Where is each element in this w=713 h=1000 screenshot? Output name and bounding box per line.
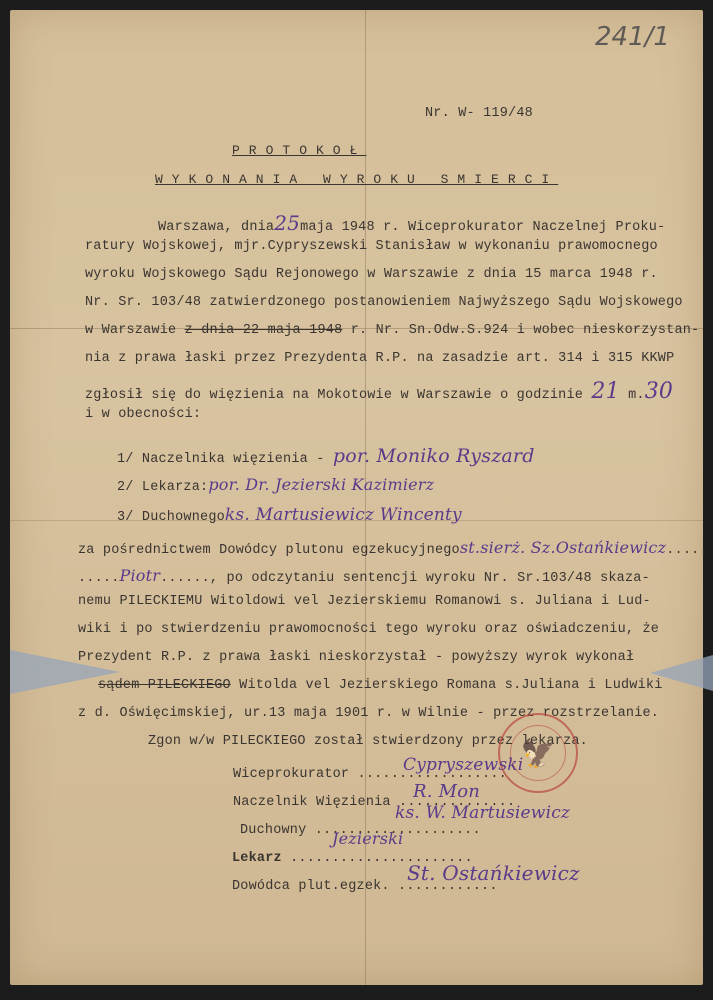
- archive-mark: 241/1: [595, 22, 670, 52]
- execution-line: z d. Oświęcimskiej, ur.13 maja 1901 r. w…: [78, 706, 659, 721]
- body-line: i w obecności:: [85, 407, 201, 422]
- handwritten-name: por. Moniko Ryszard: [333, 445, 535, 467]
- attendee-prison-chief: 1/ Naczelnika więzienia - por. Moniko Ry…: [117, 445, 535, 467]
- signature: Jezierski: [332, 829, 403, 848]
- body-line: Nr. Sr. 103/48 zatwierdzonego postanowie…: [85, 295, 683, 310]
- execution-line: nemu PILECKIEMU Witoldowi vel Jezierskie…: [78, 594, 651, 609]
- signature-line-prosecutor: Wiceprokurator .................. Cyprys…: [233, 767, 507, 782]
- struck-text: z dnia 22 maja 1948: [185, 323, 343, 338]
- handwritten-hour: 21: [591, 379, 619, 404]
- struck-text: sądem PILECKIEGO: [98, 678, 231, 693]
- document-number: Nr. W- 119/48: [425, 106, 533, 121]
- execution-line: wiki i po stwierdzeniu prawomocności teg…: [78, 622, 659, 637]
- execution-line: sądem PILECKIEGO Witolda vel Jezierskieg…: [98, 678, 663, 693]
- attendee-doctor: 2/ Lekarza:por. Dr. Jezierski Kazimierz: [117, 475, 434, 495]
- handwritten-name: st.sierż. Sz.Ostańkiewicz: [460, 538, 666, 557]
- signature: Cypryszewski: [403, 755, 523, 775]
- body-line: zgłosił się do więzienia na Mokotowie w …: [85, 379, 673, 404]
- handwritten-name: por. Dr. Jezierski Kazimierz: [208, 475, 434, 494]
- body-line: Warszawa, dnia25maja 1948 r. Wiceprokura…: [158, 211, 665, 235]
- body-line: nia z prawa łaski przez Prezydenta R.P. …: [85, 351, 674, 366]
- handwritten-minute: 30: [645, 379, 673, 404]
- signature: R. Mon: [413, 781, 480, 802]
- execution-line: .....Piotr......, po odczytaniu sentencj…: [78, 566, 650, 586]
- signature: St. Ostańkiewicz: [407, 861, 580, 885]
- signature: ks. W. Martusiewicz: [395, 803, 570, 823]
- body-line: w Warszawie z dnia 22 maja 1948 r. Nr. S…: [85, 323, 699, 338]
- body-line: wyroku Wojskowego Sądu Rejonowego w Wars…: [85, 267, 658, 282]
- official-stamp: 🦅: [498, 713, 578, 793]
- body-line: ratury Wojskowej, mjr.Cypryszewski Stani…: [85, 239, 658, 254]
- execution-line: Prezydent R.P. z prawa łaski nieskorzyst…: [78, 650, 634, 665]
- execution-line: za pośrednictwem Dowódcy plutonu egzekuc…: [78, 538, 708, 558]
- signature-line-squad-commander: Dowódca plut.egzek. ............ St. Ost…: [232, 879, 498, 894]
- attendee-priest: 3/ Duchownegoks. Martusiewicz Wincenty: [117, 505, 462, 525]
- document-page: 241/1 Nr. W- 119/48 PROTOKOŁ WYKONANIA W…: [10, 10, 703, 985]
- document-title: PROTOKOŁ: [232, 143, 366, 158]
- document-subtitle: WYKONANIA WYROKU SMIERCI: [155, 172, 558, 187]
- handwritten-name: Piotr: [120, 566, 161, 585]
- handwritten-name: ks. Martusiewicz Wincenty: [225, 505, 462, 525]
- handwritten-day: 25: [274, 211, 300, 235]
